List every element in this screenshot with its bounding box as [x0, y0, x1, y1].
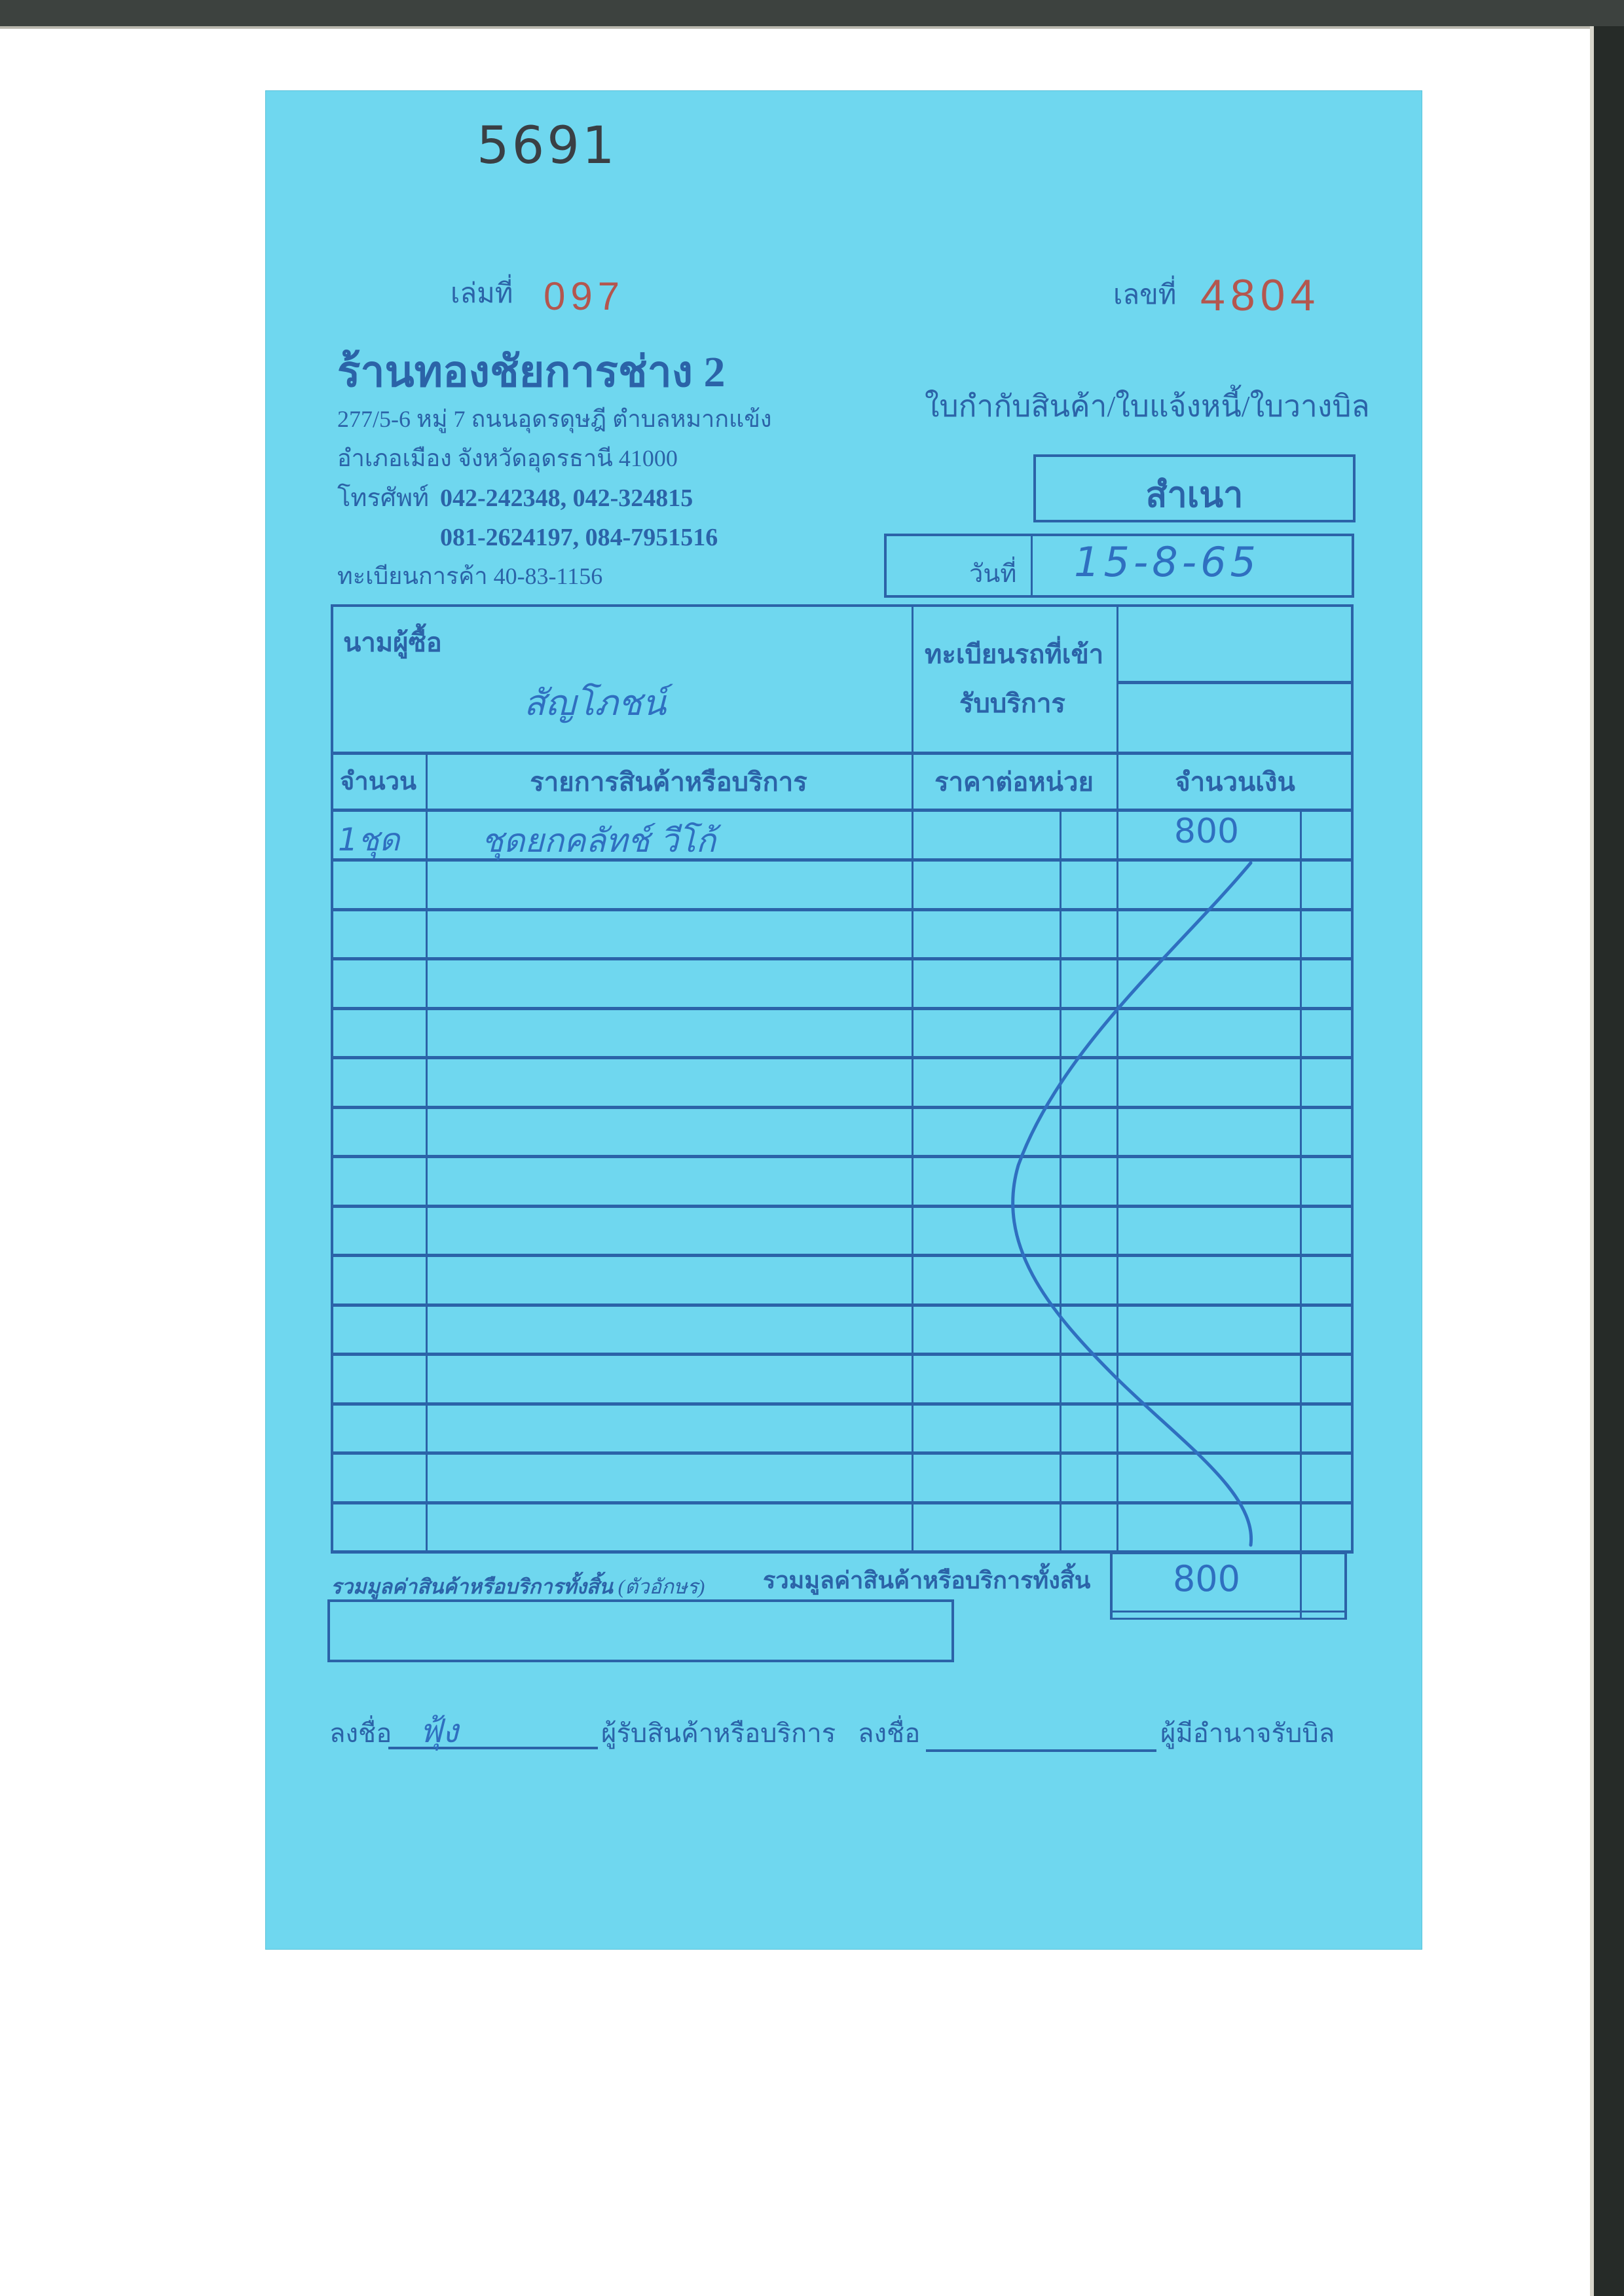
receiver-signature: ฟุ้ง — [419, 1705, 458, 1757]
buyer-name-value[interactable]: สัญโภชน์ — [524, 674, 666, 731]
col-header-unit-price: ราคาต่อหน่วย — [912, 769, 1116, 795]
date-box-divider — [1031, 534, 1033, 598]
book-number-label: เล่มที่ — [451, 280, 513, 308]
row-1-qty[interactable]: 1ชุด — [338, 815, 399, 865]
scanner-lid-right — [1590, 26, 1624, 2296]
header-top-line — [331, 752, 1354, 755]
phone-numbers-2: 081-2624197, 084-7951516 — [440, 525, 718, 550]
col-header-description: รายการสินค้าหรือบริการ — [426, 769, 912, 795]
table-col-divider-qty — [426, 752, 428, 1554]
total-amount-value[interactable]: 800 — [1116, 1558, 1297, 1599]
row-1-amount[interactable]: 800 — [1116, 812, 1297, 851]
amount-subcol-line — [1300, 810, 1302, 1619]
vehicle-field-2[interactable] — [1121, 685, 1350, 751]
table-col-divider-price — [912, 604, 913, 1554]
tax-registration: ทะเบียนการค้า 40-83-1156 — [337, 564, 602, 588]
copy-label: สำเนา — [1033, 466, 1356, 522]
phone-numbers-1: 042-242348, 042-324815 — [440, 486, 693, 511]
phone-label: โทรศัพท์ — [337, 486, 429, 511]
vehicle-label-1: ทะเบียนรถที่เข้า — [925, 642, 1103, 668]
total-amount-label: รวมมูลค่าสินค้าหรือบริการทั้งสิ้น — [763, 1569, 1090, 1592]
date-label: วันที่ — [969, 562, 1016, 587]
doc-number: 4804 — [1200, 270, 1320, 321]
authorizer-sign-label: ลงชื่อ — [858, 1721, 920, 1747]
authorizer-role-label: ผู้มีอำนาจรับบิล — [1160, 1721, 1335, 1747]
handwritten-reference: 5691 — [477, 117, 618, 175]
address-line-2: อำเภอเมือง จังหวัดอุดรธานี 41000 — [337, 446, 678, 470]
buyer-name-label: นามผู้ซื้อ — [343, 630, 442, 656]
col-header-qty: จำนวน — [331, 769, 426, 794]
document-title: ใบกำกับสินค้า/ใบแจ้งหนี้/ใบวางบิล — [925, 392, 1370, 422]
doc-number-label: เลขที่ — [1113, 282, 1177, 309]
vehicle-field-divider — [1116, 681, 1354, 684]
total-double-line — [1110, 1611, 1347, 1613]
receiver-sign-label: ลงชื่อ — [329, 1721, 392, 1747]
total-words-box[interactable] — [327, 1599, 954, 1662]
address-line-1: 277/5-6 หมู่ 7 ถนนอุดรดุษฎี ตำบลหมากแข้ง — [337, 407, 771, 431]
col-header-amount: จำนวนเงิน — [1116, 769, 1354, 795]
void-stroke-icon — [982, 851, 1297, 1558]
vehicle-field-1[interactable] — [1121, 609, 1350, 678]
total-words-suffix: (ตัวอักษร) — [618, 1575, 705, 1598]
shop-name: ร้านทองชัยการช่าง 2 — [337, 337, 726, 406]
total-words-label-text: รวมมูลค่าสินค้าหรือบริการทั้งสิ้น — [331, 1575, 613, 1598]
vehicle-label-2: รับบริการ — [959, 691, 1065, 717]
authorizer-sign-line[interactable] — [926, 1749, 1156, 1752]
scanner-lid-top — [0, 0, 1624, 29]
row-1-description[interactable]: ชุดยกคลัทช์ วีโก้ — [481, 815, 716, 867]
date-value[interactable]: 15-8-65 — [1074, 538, 1260, 586]
receiver-role-label: ผู้รับสินค้าหรือบริการ — [601, 1721, 836, 1747]
total-words-label: รวมมูลค่าสินค้าหรือบริการทั้งสิ้น (ตัวอั… — [331, 1570, 705, 1603]
book-number: 097 — [544, 274, 625, 319]
